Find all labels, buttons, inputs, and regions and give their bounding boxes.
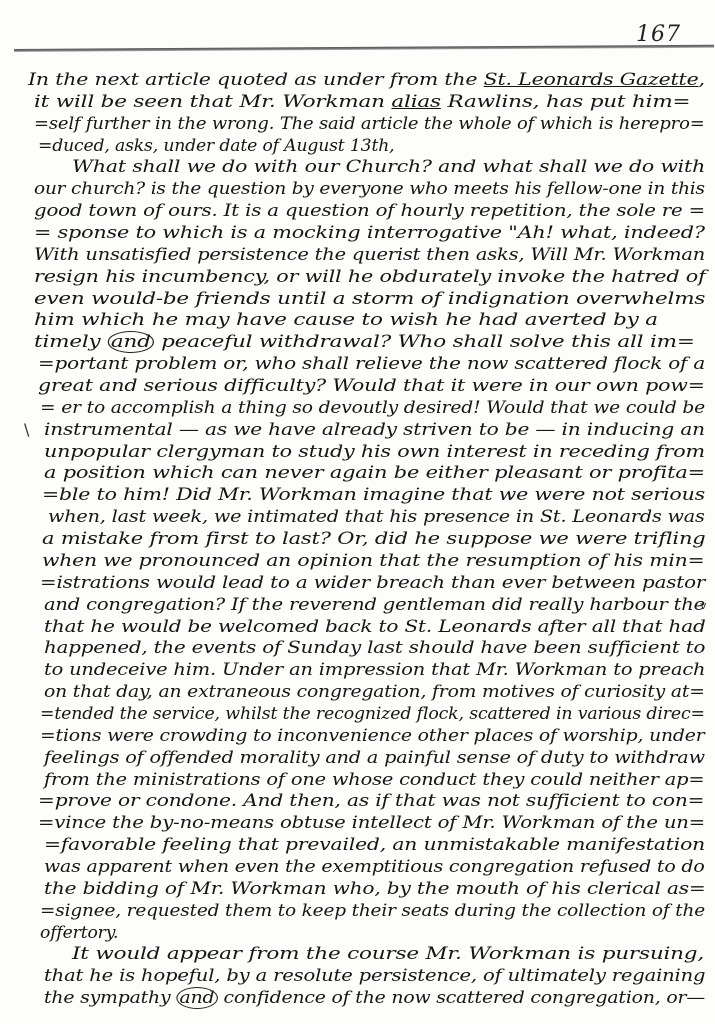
line-text: it will be seen that Mr. Workman bbox=[34, 92, 391, 112]
circled-word: and bbox=[107, 331, 154, 353]
text-line: =portant problem or, who shall relieve t… bbox=[38, 354, 705, 376]
text-line: offertory. bbox=[40, 923, 118, 945]
text-line: the sympathy and confidence of the now s… bbox=[44, 988, 705, 1010]
text-line: happened, the events of Sunday last shou… bbox=[44, 638, 705, 660]
line-text: that he is hopeful, by a resolute persis… bbox=[44, 966, 705, 986]
line-text: offertory. bbox=[40, 923, 118, 943]
line-tail: confidence of the now scattered congrega… bbox=[218, 988, 705, 1008]
text-line: =vince the by-no-means obtuse intellect … bbox=[38, 813, 705, 835]
text-line: It would appear from the course Mr. Work… bbox=[72, 944, 704, 966]
line-text: In the next article quoted as under from… bbox=[28, 70, 484, 90]
text-line: on that day, an extraneous congregation,… bbox=[44, 682, 705, 704]
text-line: that he would be welcomed back to St. Le… bbox=[44, 617, 706, 639]
line-tail: peaceful withdrawal? Who shall solve thi… bbox=[154, 332, 694, 352]
newspaper-title: St. Leonards Gazette bbox=[484, 70, 699, 90]
text-line: What shall we do with our Church? and wh… bbox=[72, 157, 705, 179]
margin-backslash-mark: \ bbox=[24, 420, 29, 439]
line-text: It would appear from the course Mr. Work… bbox=[72, 944, 704, 964]
page-number: 167 bbox=[636, 22, 681, 47]
text-line: when we pronounced an opinion that the r… bbox=[42, 551, 704, 573]
text-line: =tended the service, whilst the recogniz… bbox=[40, 704, 705, 726]
line-text: =favorable feeling that prevailed, an un… bbox=[44, 835, 705, 855]
text-line: great and serious difficulty? Would that… bbox=[38, 376, 705, 398]
text-line: =ble to him! Did Mr. Workman imagine tha… bbox=[42, 485, 705, 507]
text-line: our church? is the question by everyone … bbox=[34, 179, 705, 201]
text-line: =duced, asks, under date of August 13th, bbox=[38, 136, 394, 158]
text-line: timely and peaceful withdrawal? Who shal… bbox=[34, 332, 695, 354]
text-line: when, last week, we intimated that his p… bbox=[48, 507, 705, 529]
text-line: =favorable feeling that prevailed, an un… bbox=[44, 835, 705, 857]
text-line: the bidding of Mr. Workman who, by the m… bbox=[44, 879, 706, 901]
text-line: a position which can never again be eith… bbox=[44, 463, 705, 485]
text-line: that he is hopeful, by a resolute persis… bbox=[44, 966, 705, 988]
line-text: =signee, requested them to keep their se… bbox=[40, 901, 705, 921]
text-line: good town of ours. It is a question of h… bbox=[34, 201, 705, 223]
text-line: =prove or condone. And then, as if that … bbox=[38, 791, 704, 813]
line-text: the bidding of Mr. Workman who, by the m… bbox=[44, 879, 706, 899]
header-rule bbox=[14, 45, 714, 52]
text-line: feelings of offended morality and a pain… bbox=[44, 748, 705, 770]
text-line: resign his incumbency, or will he obdura… bbox=[34, 267, 706, 289]
line-text: the sympathy bbox=[44, 988, 176, 1008]
margin-caret-mark: v bbox=[700, 599, 707, 612]
text-line: =tions were crowding to inconvenience ot… bbox=[40, 726, 705, 748]
text-line: unpopular clergyman to study his own int… bbox=[44, 442, 705, 464]
text-line: =istrations would lead to a wider breach… bbox=[40, 573, 705, 595]
text-line: it will be seen that Mr. Workman alias R… bbox=[34, 92, 690, 114]
text-line: In the next article quoted as under from… bbox=[28, 70, 705, 92]
text-line: a mistake from first to last? Or, did he… bbox=[42, 529, 706, 551]
text-line: even would-be friends until a storm of i… bbox=[34, 289, 705, 311]
line-text: was apparent when even the exemptitious … bbox=[44, 857, 705, 877]
text-line: = sponse to which is a mocking interroga… bbox=[34, 223, 705, 245]
line-tail: Rawlins, has put him= bbox=[441, 92, 690, 112]
text-line: = er to accomplish a thing so devoutly d… bbox=[40, 398, 705, 420]
text-line: to undeceive him. Under an impression th… bbox=[44, 660, 705, 682]
text-line: instrumental — as we have already strive… bbox=[44, 420, 705, 442]
circled-word: and bbox=[176, 987, 217, 1009]
text-line: him which he may have cause to wish he h… bbox=[34, 310, 658, 332]
text-line: and congregation? If the reverend gentle… bbox=[44, 595, 705, 617]
text-line: =self further in the wrong. The said art… bbox=[34, 114, 705, 136]
text-line: With unsatisfied persistence the querist… bbox=[34, 245, 705, 267]
line-tail: , bbox=[699, 70, 705, 90]
text-line: =signee, requested them to keep their se… bbox=[40, 901, 705, 923]
alias-word: alias bbox=[391, 92, 440, 112]
line-text: timely bbox=[34, 332, 107, 352]
manuscript-page: 167 In the next article quoted as under … bbox=[0, 0, 715, 1024]
text-line: was apparent when even the exemptitious … bbox=[44, 857, 705, 879]
text-line: from the ministrations of one whose cond… bbox=[44, 770, 704, 792]
